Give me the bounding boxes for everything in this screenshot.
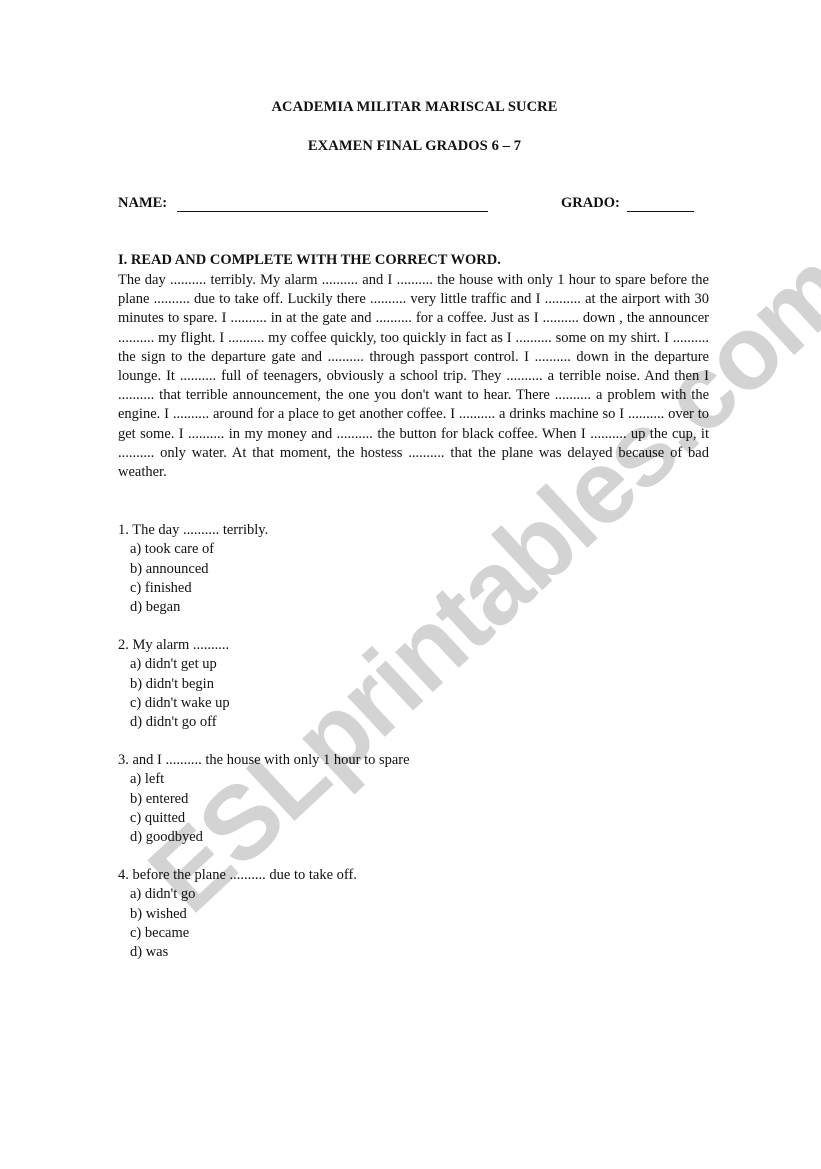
option-d: d) goodbyed (118, 828, 410, 847)
option-a: a) took care of (118, 540, 268, 559)
question-stem: 1. The day .......... terribly. (118, 521, 268, 540)
option-d: d) was (118, 943, 357, 962)
exam-title: EXAMEN FINAL GRADOS 6 – 7 (4, 138, 821, 155)
question-2: 2. My alarm .......... a) didn't get up … (118, 636, 230, 732)
option-b: b) entered (118, 790, 410, 809)
option-c: c) finished (118, 579, 268, 598)
question-stem: 2. My alarm .......... (118, 636, 230, 655)
section-heading: I. READ AND COMPLETE WITH THE CORRECT WO… (118, 252, 501, 269)
option-d: d) began (118, 598, 268, 617)
grado-field-line[interactable] (627, 211, 694, 212)
option-a: a) didn't get up (118, 655, 230, 674)
option-a: a) didn't go (118, 885, 357, 904)
option-a: a) left (118, 770, 410, 789)
question-4: 4. before the plane .......... due to ta… (118, 866, 357, 962)
question-stem: 3. and I .......... the house with only … (118, 751, 410, 770)
name-label: NAME: (118, 195, 167, 212)
option-b: b) announced (118, 560, 268, 579)
option-c: c) became (118, 924, 357, 943)
school-title: ACADEMIA MILITAR MARISCAL SUCRE (4, 99, 821, 116)
worksheet-page: ESLprintables.com ACADEMIA MILITAR MARIS… (0, 0, 821, 1169)
option-c: c) didn't wake up (118, 694, 230, 713)
option-c: c) quitted (118, 809, 410, 828)
option-b: b) didn't begin (118, 675, 230, 694)
grado-label: GRADO: (561, 195, 620, 212)
option-b: b) wished (118, 905, 357, 924)
reading-passage: The day .......... terribly. My alarm ..… (118, 271, 709, 482)
question-3: 3. and I .......... the house with only … (118, 751, 410, 847)
name-field-line[interactable] (177, 211, 488, 212)
question-stem: 4. before the plane .......... due to ta… (118, 866, 357, 885)
question-1: 1. The day .......... terribly. a) took … (118, 521, 268, 617)
option-d: d) didn't go off (118, 713, 230, 732)
